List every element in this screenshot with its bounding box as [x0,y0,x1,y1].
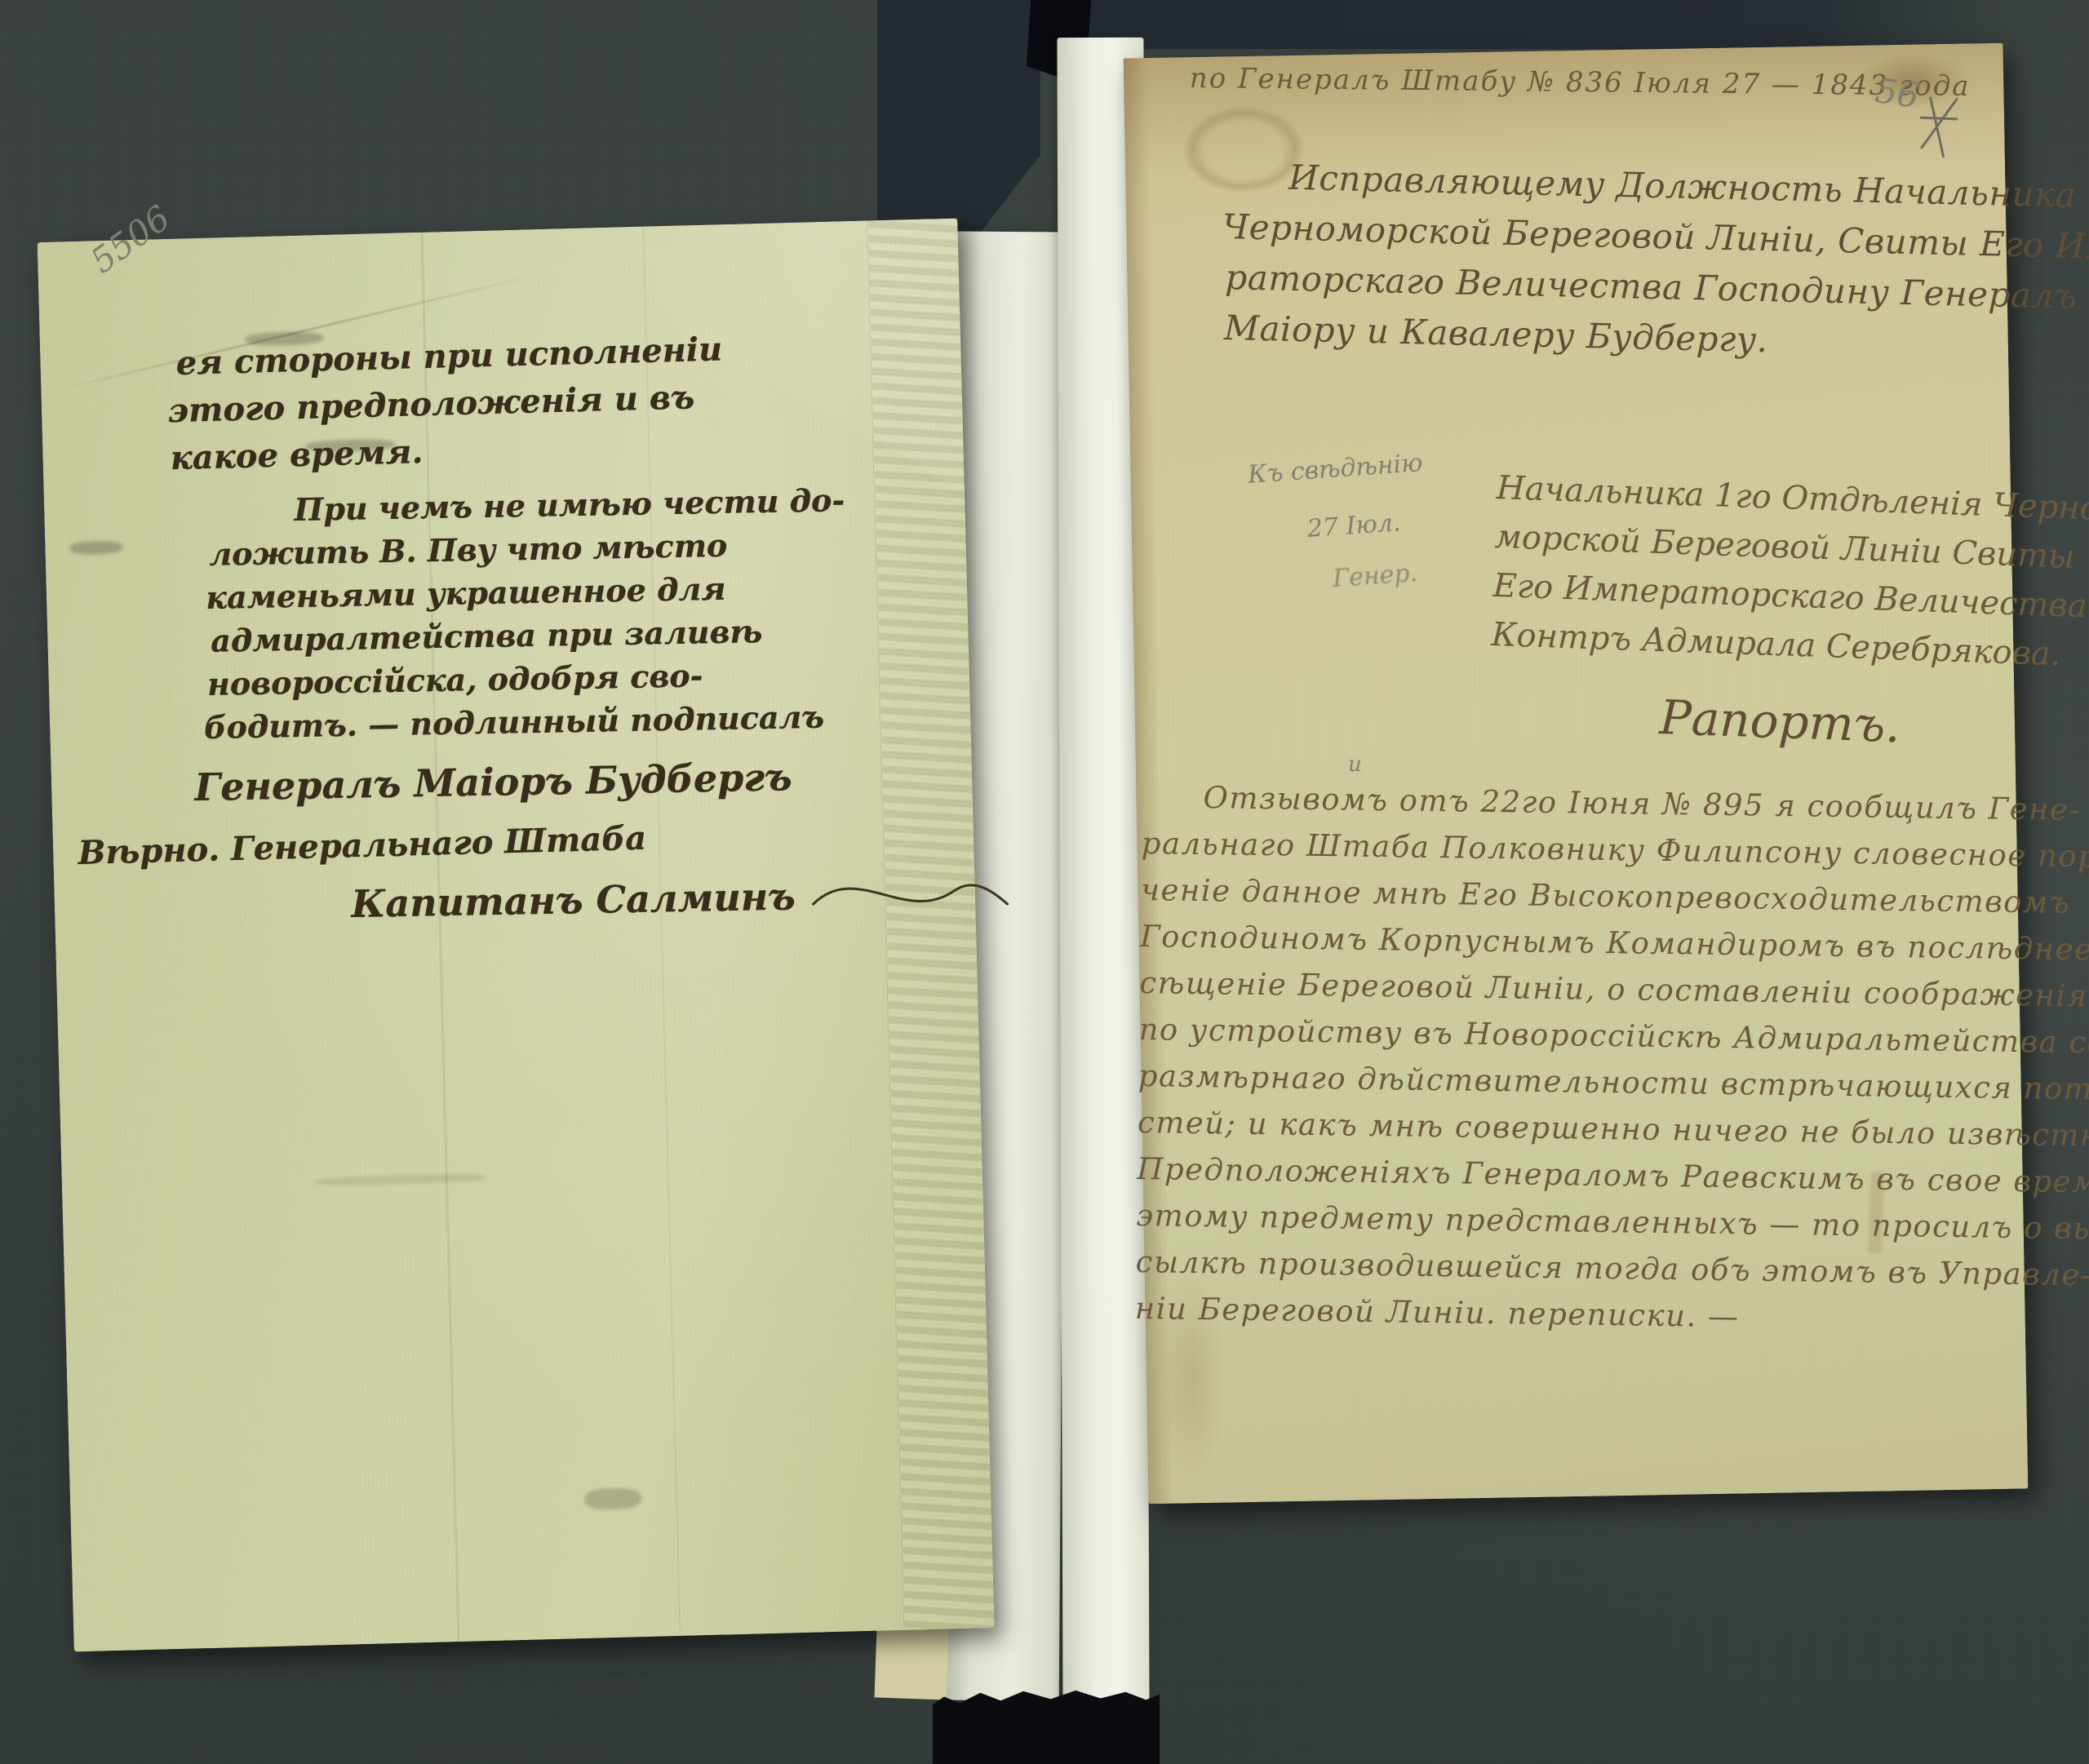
fabric-background: 5506 ея стороны при исполненіи этого пре… [0,0,2089,1764]
report-title: Рапортъ. [1659,689,1901,753]
signature-text: Капитанъ Салминъ [351,875,796,926]
left-paragraph-1: ея стороны при исполненіи этого предполо… [143,326,725,483]
insert-mark: и [1348,752,1362,777]
ink-smudge [315,1173,486,1186]
address-block: Исправляющему Должность Начальника Черно… [1219,151,2089,375]
spine-shadow [1027,0,2022,49]
margin-note-line: 27 Іюл. [1306,507,1428,543]
report-body: Отзывомъ отъ 22го Іюня № 895 я сообщилъ … [1134,773,2089,1346]
ink-smudge [69,540,122,555]
signature-flourish [808,868,1013,920]
margin-note: Къ свѣдѣнію 27 Іюл. Генер. [1247,449,1431,599]
left-paragraph-2: При чемъ не имѣю чести до- ложить В. Пву… [200,478,849,749]
folio-number: 56 [1873,70,1922,116]
spine-cloth [877,0,1040,250]
sender-block: Начальника 1го Отдѣленія Черно- морской … [1491,463,2089,680]
ink-smudge [584,1487,642,1510]
